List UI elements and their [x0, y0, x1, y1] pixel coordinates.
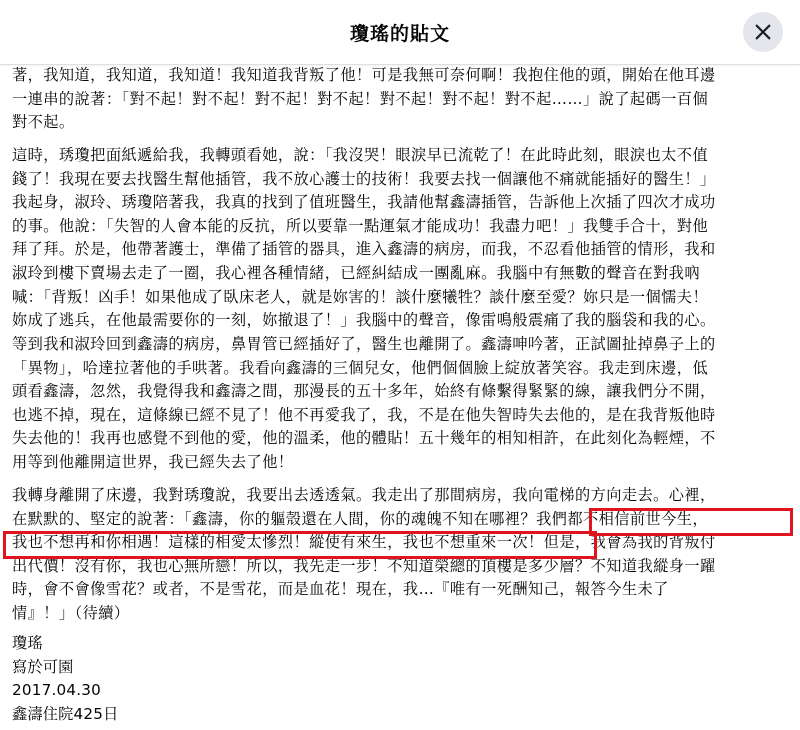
text-line: 妳成了逃兵，在他最需要你的一刻，妳撤退了！」我腦中的聲音，像雷鳴般震痛了我的腦袋… [12, 309, 792, 333]
text-line: 也逃不掉，現在，這條線已經不見了！他不再愛我了，我，不是在他失智時失去他的，是在… [12, 404, 792, 428]
text-line: 頭看鑫濤，忽然，我覺得我和鑫濤之間，那漫長的五十多年，始終有條繫得緊緊的線，讓我… [12, 380, 792, 404]
text-line: 淑玲到樓下賣場去走了一圈，我心裡各種情緒，已經糾結成一團亂麻。我腦中有無數的聲音… [12, 262, 792, 286]
close-button[interactable] [743, 12, 783, 52]
text-line: 這時，琇瓊把面紙遞給我，我轉頭看她，說：「我沒哭！眼淚早已流乾了！在此時此刻，眼… [12, 144, 792, 168]
text-line: 等到我和淑玲回到鑫濤的病房，鼻胃管已經插好了，醫生也離開了。鑫濤呻吟著，正試圖扯… [12, 333, 792, 357]
text-line: 著，我知道，我知道，我知道！我知道我背叛了他！可是我無可奈何啊！我抱住他的頭，開… [12, 64, 792, 88]
post-paragraph-1: 著，我知道，我知道，我知道！我知道我背叛了他！可是我無可奈何啊！我抱住他的頭，開… [12, 64, 792, 135]
close-icon [754, 23, 772, 41]
text-line: 我起身，淑玲、琇瓊陪著我，我真的找到了值班醫生，我請他幫鑫濤插管，告訴他上次插了… [12, 191, 792, 215]
post-dialog-header: 瓊瑤的貼文 [0, 0, 800, 65]
post-signature: 瓊瑤 寫於可園 2017.04.30 鑫濤住院425日 [12, 632, 792, 726]
dialog-title: 瓊瑤的貼文 [0, 19, 800, 46]
text-line: 情』！」（待續） [12, 602, 792, 626]
text-line: 對不起。 [12, 111, 792, 135]
signature-note: 鑫濤住院425日 [12, 703, 792, 727]
text-line: 我轉身離開了床邊，我對琇瓊說，我要出去透透氣。我走出了那間病房，我向電梯的方向走… [12, 484, 792, 508]
signature-author: 瓊瑤 [12, 632, 792, 656]
signature-date: 2017.04.30 [12, 679, 792, 703]
text-line: 「異物」，哈達拉著他的手哄著。我看向鑫濤的三個兒女，他們個個臉上綻放著笑容。我走… [12, 357, 792, 381]
post-paragraph-2: 這時，琇瓊把面紙遞給我，我轉頭看她，說：「我沒哭！眼淚早已流乾了！在此時此刻，眼… [12, 144, 792, 333]
text-line: 失去他的！我再也感覺不到他的愛，他的溫柔，他的體貼！五十幾年的相知相許，在此刻化… [12, 427, 792, 451]
text-line: 拜了拜。於是，他帶著護士，準備了插管的器具，進入鑫濤的病房，而我，不忍看他插管的… [12, 238, 792, 262]
text-line: 喊：「背叛！凶手！如果他成了臥床老人，就是妳害的！談什麼犧牲？談什麼至愛？妳只是… [12, 286, 792, 310]
text-line: 的事。他說：「失智的人會本能的反抗，所以要靠一點運氣才能成功！我盡力吧！」我雙手… [12, 215, 792, 239]
text-line: 用等到他離開這世界，我已經失去了他！ [12, 451, 792, 475]
post-paragraph-4: 我轉身離開了床邊，我對琇瓊說，我要出去透透氣。我走出了那間病房，我向電梯的方向走… [12, 484, 792, 626]
text-line: 出代價！沒有你，我也心無所戀！所以，我先走一步！不知道榮總的頂樓是多少層？不知道… [12, 555, 792, 579]
text-line: 我也不想再和你相遇！這樣的相愛太慘烈！縱使有來生，我也不想重來一次！但是，我會為… [12, 531, 792, 555]
post-paragraph-3: 等到我和淑玲回到鑫濤的病房，鼻胃管已經插好了，醫生也離開了。鑫濤呻吟著，正試圖扯… [12, 333, 792, 475]
text-line: 錢了！我現在要去找醫生幫他插管，我不放心護士的技術！我要去找一個讓他不痛就能插好… [12, 168, 792, 192]
text-line: 時，會不會像雪花？或者，不是雪花，而是血花！現在，我…『唯有一死酬知己，報答今生… [12, 578, 792, 602]
text-line: 在默默的、堅定的說著：「鑫濤，你的軀殼還在人間，你的魂魄不知在哪裡？我們都不相信… [12, 508, 792, 532]
text-line: 一連串的說著：「對不起！對不起！對不起！對不起！對不起！對不起！對不起……」說了… [12, 88, 792, 112]
signature-place: 寫於可園 [12, 656, 792, 680]
